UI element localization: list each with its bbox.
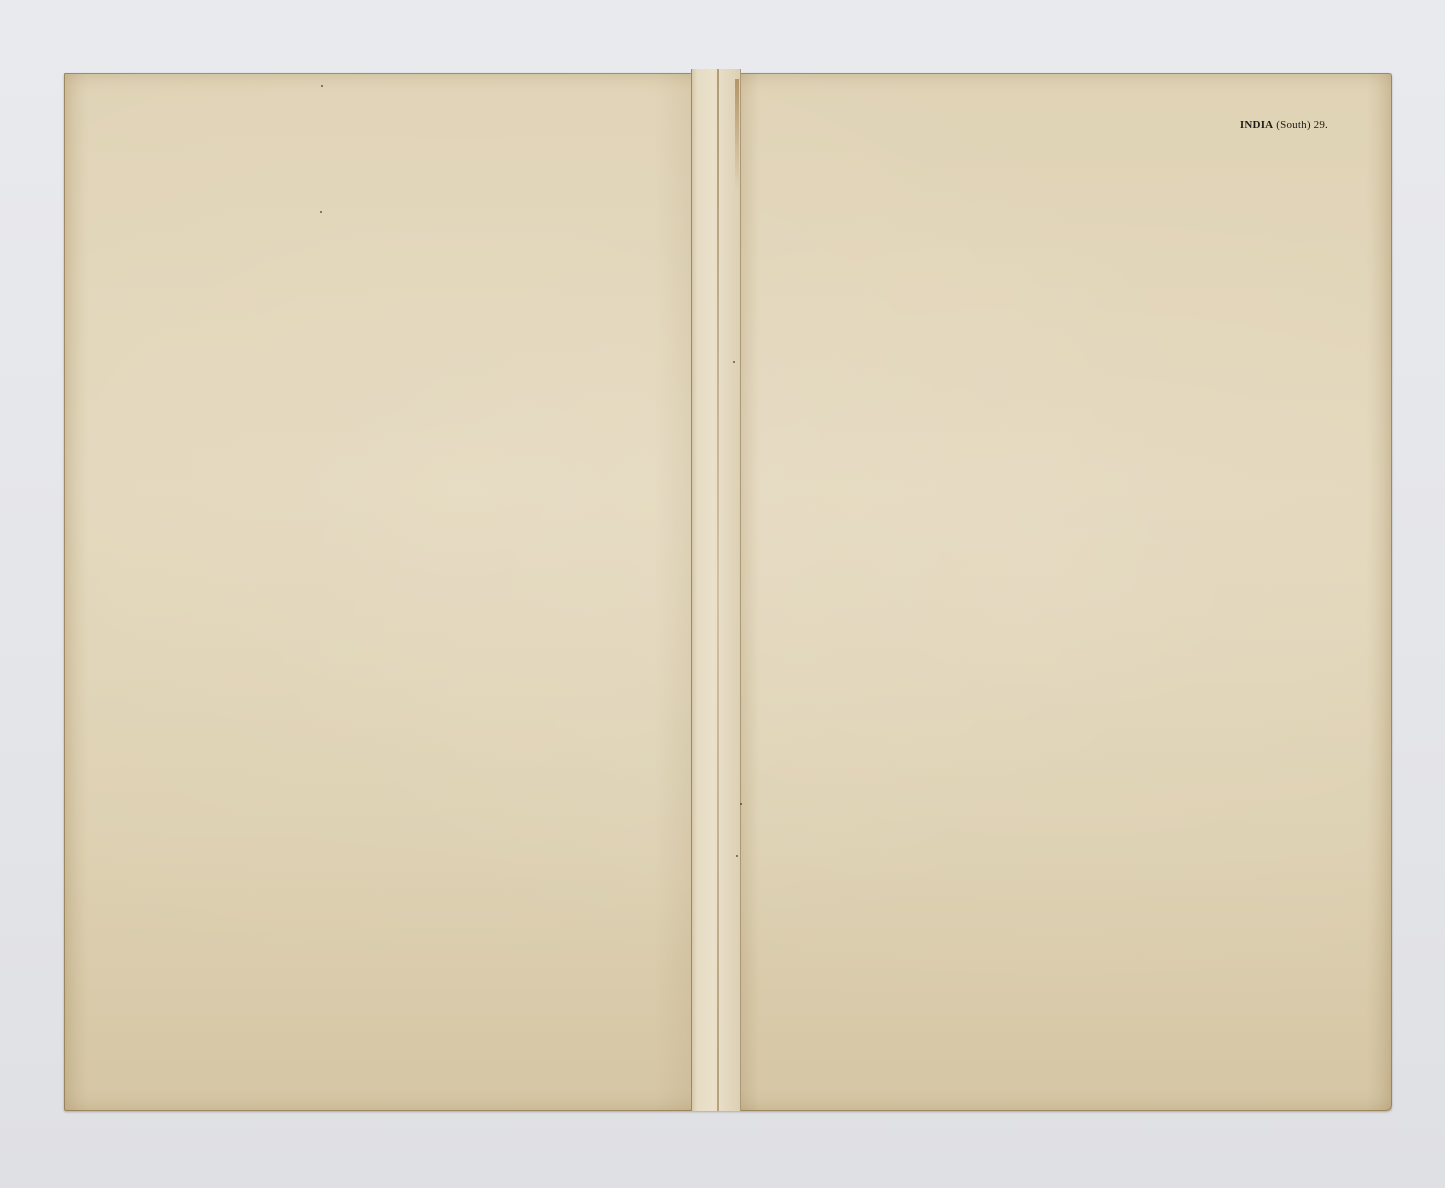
paper-fleck	[736, 855, 738, 857]
paper-fleck	[321, 85, 323, 87]
header-subregion: (South)	[1276, 119, 1310, 131]
atlas-sheet: INDIA (South) 29.	[64, 73, 1392, 1111]
paper-fleck	[320, 211, 322, 213]
center-spine-tape	[691, 69, 741, 1111]
header-region: INDIA	[1240, 119, 1273, 131]
paper-fleck	[740, 803, 742, 805]
header-page-number: 29.	[1314, 119, 1328, 131]
page-header-caption: INDIA (South) 29.	[1240, 119, 1328, 131]
left-page-blank	[64, 73, 692, 1111]
spine-fold-line	[717, 69, 719, 1111]
spine-stain	[735, 79, 739, 189]
right-page-blank: INDIA (South) 29.	[740, 73, 1392, 1111]
paper-fleck	[733, 361, 735, 363]
